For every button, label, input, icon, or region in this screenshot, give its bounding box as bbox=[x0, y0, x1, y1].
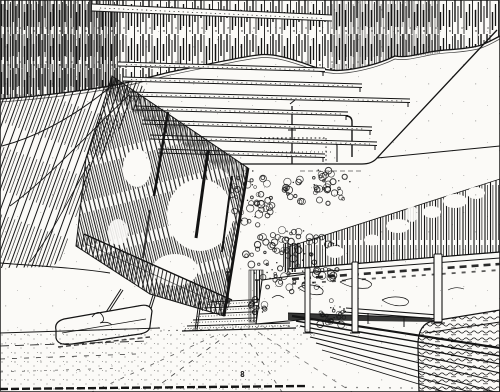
scan-noise bbox=[0, 0, 500, 392]
sketch-canvas: 8 bbox=[0, 0, 500, 392]
sketch-page: 8 bbox=[0, 0, 500, 392]
